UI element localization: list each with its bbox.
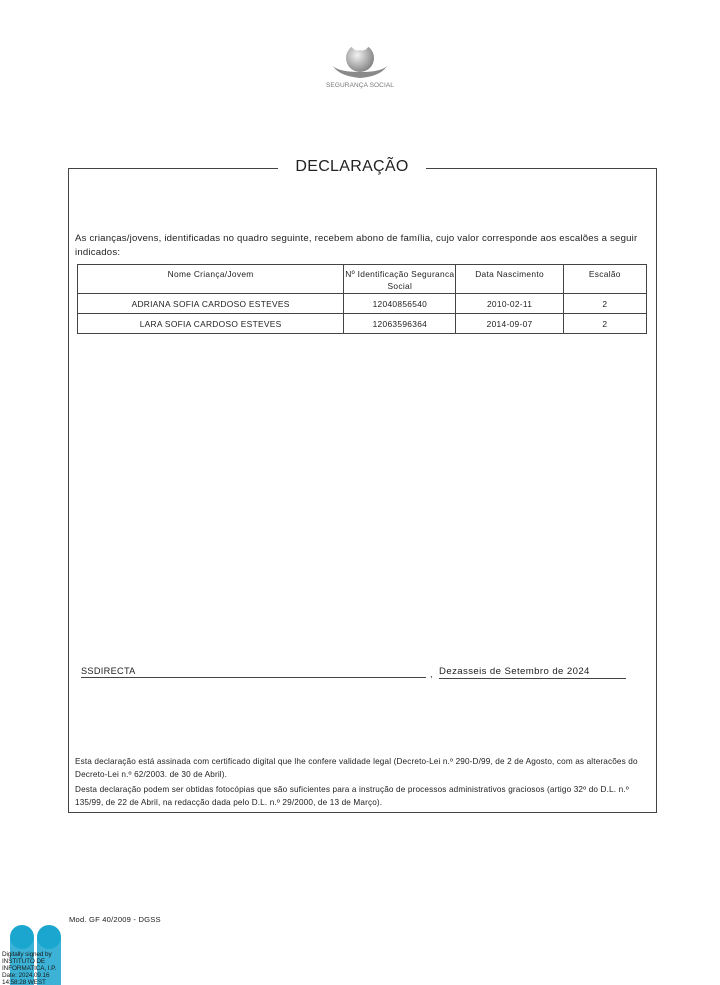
cell-birth-date: 2010-02-11 [456,294,563,314]
document-title: DECLARAÇÃO [278,158,426,176]
cell-ss-id: 12040856540 [344,294,456,314]
legal-note-signature: Esta declaração está assinada com certif… [75,755,655,781]
cell-birth-date: 2014-09-07 [456,314,563,334]
logo-text: SEGURANÇA SOCIAL [318,82,402,89]
form-model-reference: Mod. GF 40/2009 - DGSS [69,915,161,924]
digital-signature-stamp[interactable]: Digitally signed by INSTITUTO DE INFORMA… [0,925,70,985]
cell-escalao: 2 [563,294,646,314]
children-table: Nome Criança/Jovem Nº Identificação Segu… [77,264,647,334]
seguranca-social-logo: SEGURANÇA SOCIAL [318,40,402,98]
header-name: Nome Criança/Jovem [78,265,344,294]
table-row: ADRIANA SOFIA CARDOSO ESTEVES 1204085654… [78,294,647,314]
cell-name: ADRIANA SOFIA CARDOSO ESTEVES [78,294,344,314]
cell-name: LARA SOFIA CARDOSO ESTEVES [78,314,344,334]
table-row: LARA SOFIA CARDOSO ESTEVES 12063596364 2… [78,314,647,334]
header-escalao: Escalão [563,265,646,294]
table-header-row: Nome Criança/Jovem Nº Identificação Segu… [78,265,647,294]
cell-escalao: 2 [563,314,646,334]
cell-ss-id: 12063596364 [344,314,456,334]
intro-paragraph: As crianças/jovens, identificadas no qua… [75,232,655,260]
legal-note-photocopies: Desta declaração podem ser obtidas fotoc… [75,783,655,809]
legal-notes: Esta declaração está assinada com certif… [75,755,655,811]
frame-top-border-right [426,168,657,169]
header-ss-id: Nº Identificação Seguranca Social [344,265,456,294]
header-birth-date: Data Nascimento [456,265,563,294]
logo-emblem-icon [329,40,391,80]
place-date-separator: , [430,669,433,679]
issuing-place: SSDIRECTA [81,666,426,678]
frame-top-border-left [68,168,278,169]
issue-date: Dezasseis de Setembro de 2024 [439,666,626,679]
signature-text: Digitally signed by INSTITUTO DE INFORMA… [2,951,56,985]
